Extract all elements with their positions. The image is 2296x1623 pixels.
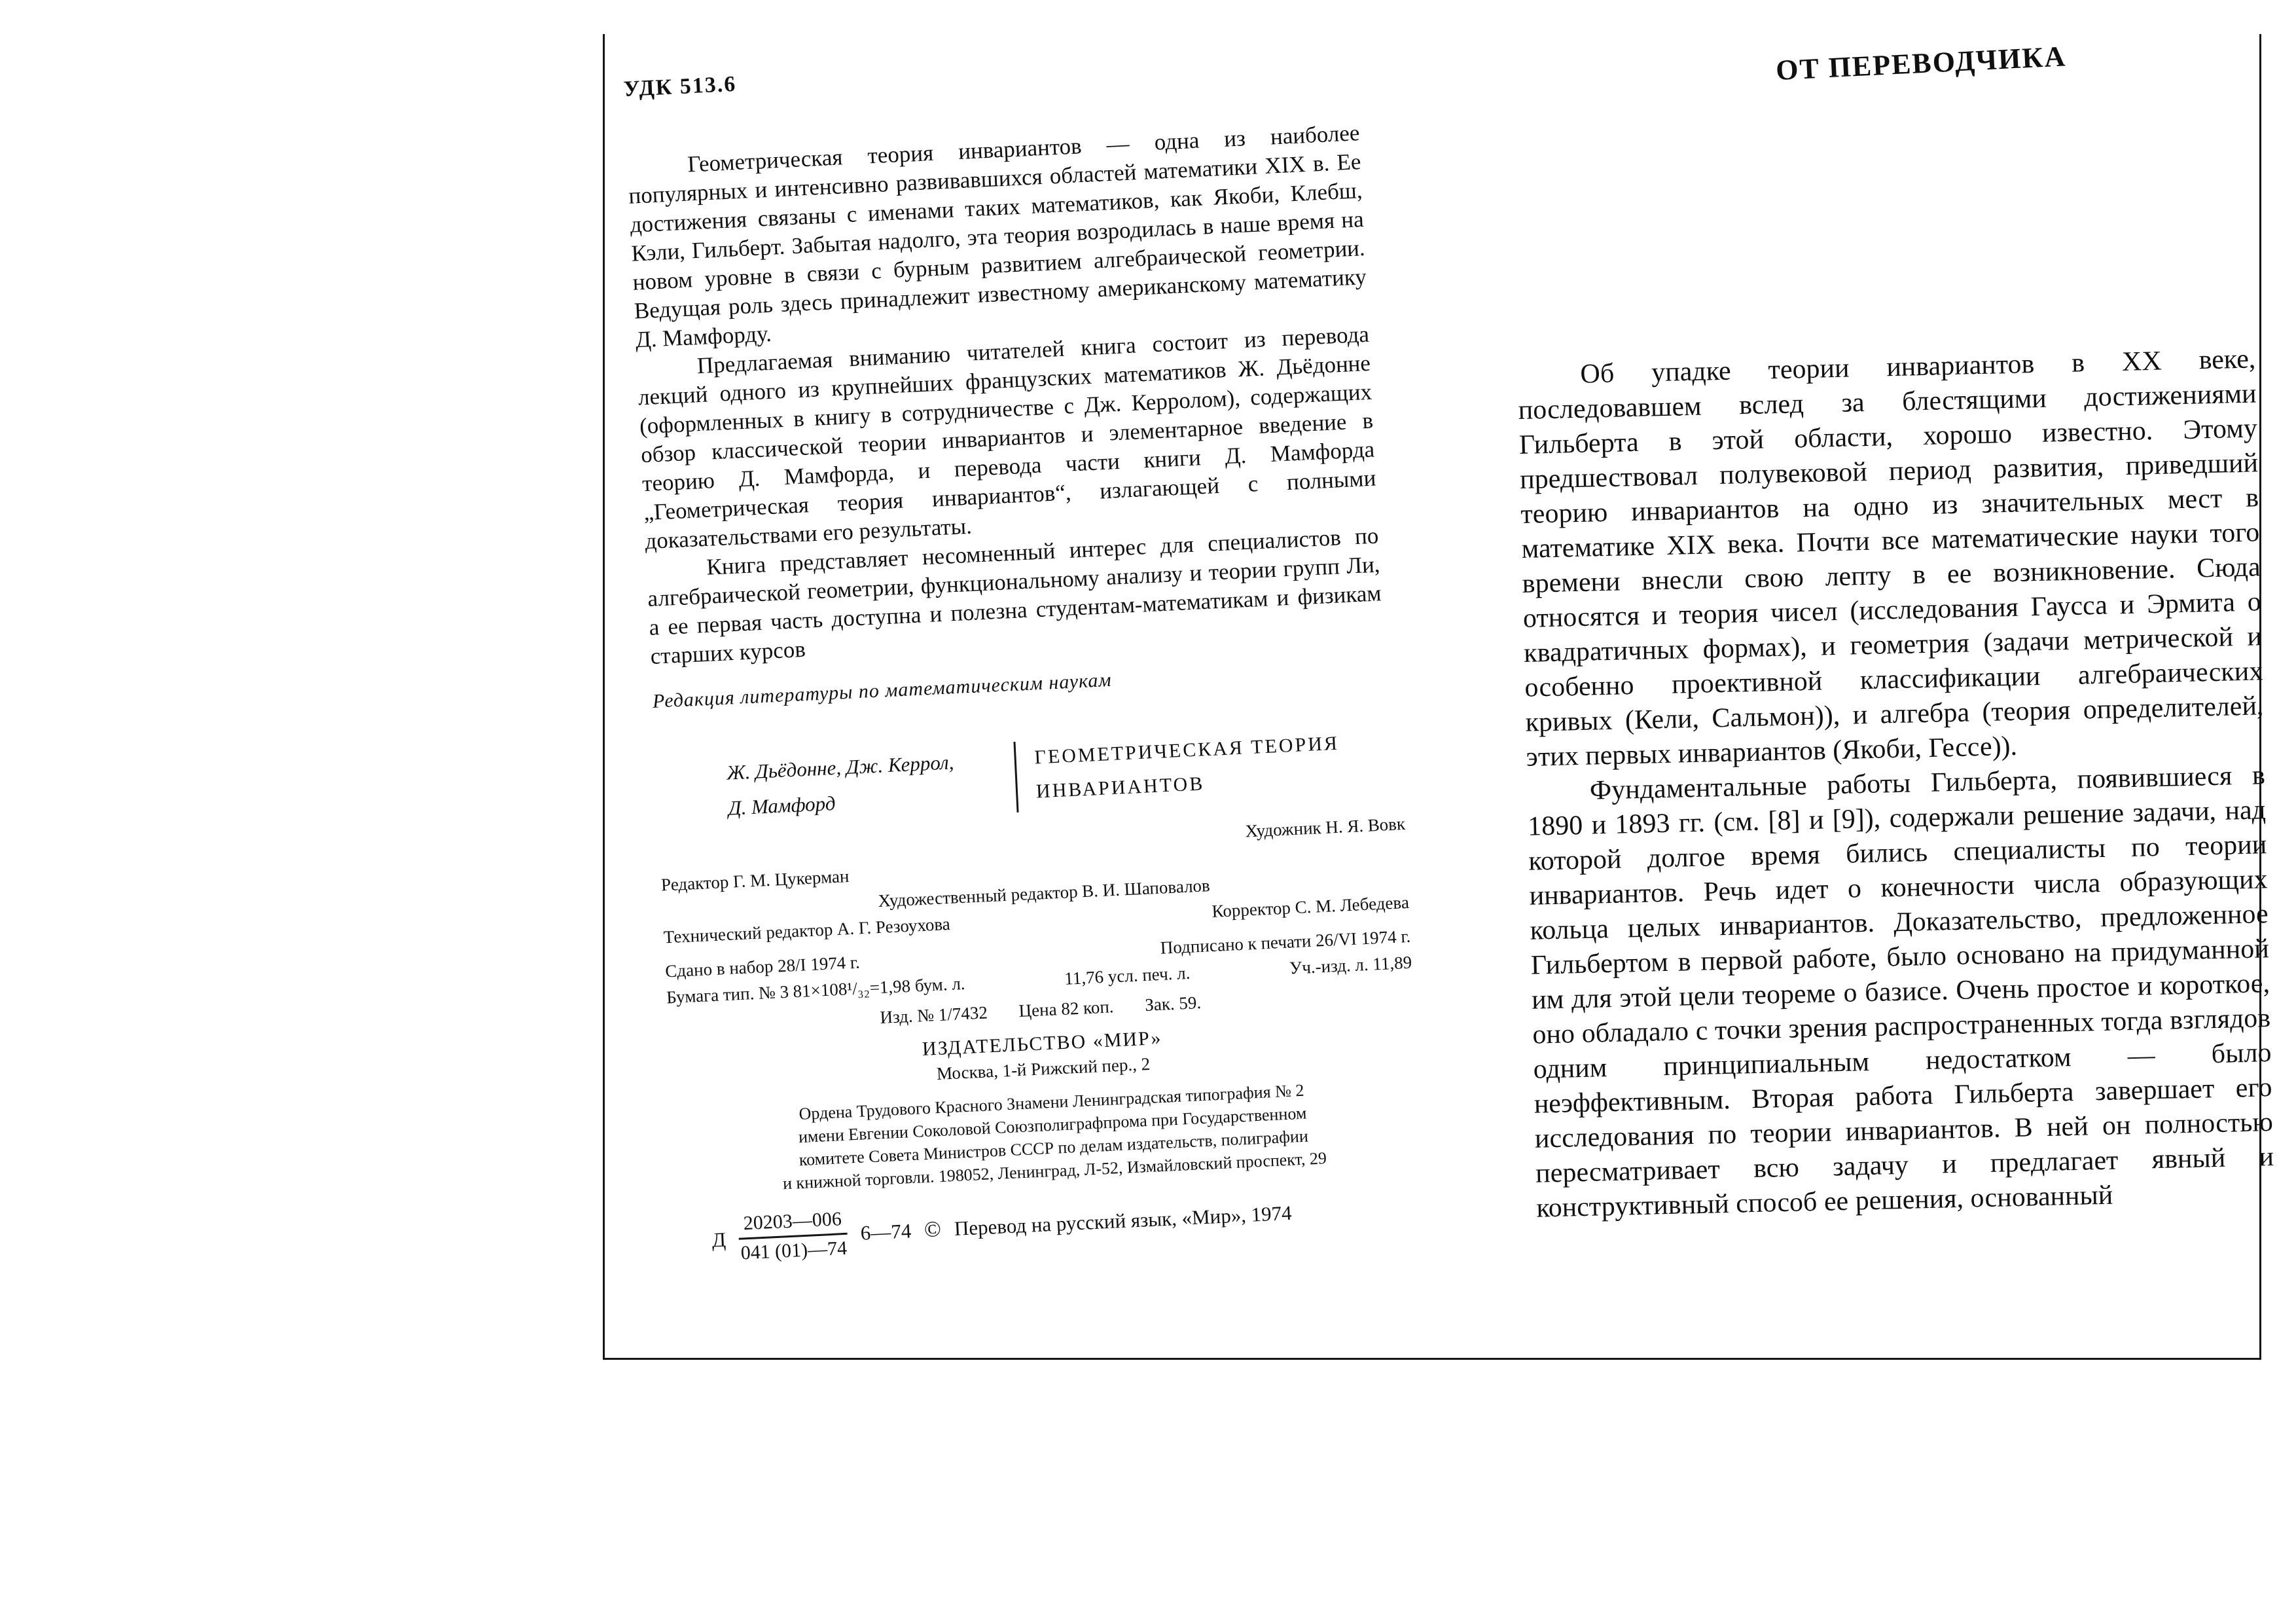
book-spread-scan: УДК 513.6 Геометрическая теория инвариан…: [0, 0, 2296, 1623]
order-number: Зак. 59.: [1145, 991, 1202, 1016]
authors-names: Ж. Дьёдонне, Дж. Керрол, Д. Мамфорд: [726, 742, 1017, 826]
price: Цена 82 коп.: [1018, 995, 1114, 1022]
publisher-sheets: Уч.-изд. л. 11,89: [1289, 951, 1412, 979]
credit-proofreader: Корректор С. М. Лебедева: [1211, 891, 1410, 922]
typeset-date: Сдано в набор 28/I 1974 г.: [665, 951, 861, 982]
catalog-fraction: 20203—006 041 (01)—74: [738, 1207, 849, 1266]
annotation-paragraph: Предлагаемая вниманию читателей книга со…: [636, 320, 1378, 556]
left-page: УДК 513.6 Геометрическая теория инвариан…: [623, 42, 1431, 1269]
copyright-text: Перевод на русский язык, «Мир», 1974: [954, 1201, 1292, 1240]
catalog-suffix: 6—74: [860, 1219, 912, 1245]
authors-title-block: Ж. Дьёдонне, Дж. Керрол, Д. Мамфорд ГЕОМ…: [726, 723, 1410, 826]
edition-number: Изд. № 1/7432: [880, 1001, 988, 1029]
right-page-text: Об упадке теории инвариантов в XX веке, …: [1517, 342, 2275, 1226]
book-title: ГЕОМЕТРИЧЕСКАЯ ТЕОРИЯ ИНВАРИАНТОВ: [1033, 727, 1341, 812]
press-sheets: 11,76 усл. печ. л.: [1064, 962, 1191, 990]
credits-block: Художник Н. Я. Вовк Редактор Г. М. Цукер…: [659, 812, 1413, 1038]
catalog-prefix: Д: [711, 1228, 726, 1252]
catalog-denominator: 041 (01)—74: [739, 1235, 849, 1266]
annotation-block: Геометрическая теория инвариантов — одна…: [626, 119, 1383, 671]
body-paragraph: Об упадке теории инвариантов в XX веке, …: [1517, 342, 2265, 775]
printing-house-imprint: Ордена Трудового Красного Знамени Ленинг…: [672, 1073, 1434, 1200]
annotation-paragraph: Геометрическая теория инвариантов — одна…: [626, 119, 1368, 354]
credit-tech-editor: Технический редактор А. Г. Резоухова: [663, 913, 950, 949]
body-paragraph: Фундаментальные работы Гильберта, появив…: [1526, 758, 2274, 1226]
copyright-icon: ©: [924, 1217, 942, 1243]
